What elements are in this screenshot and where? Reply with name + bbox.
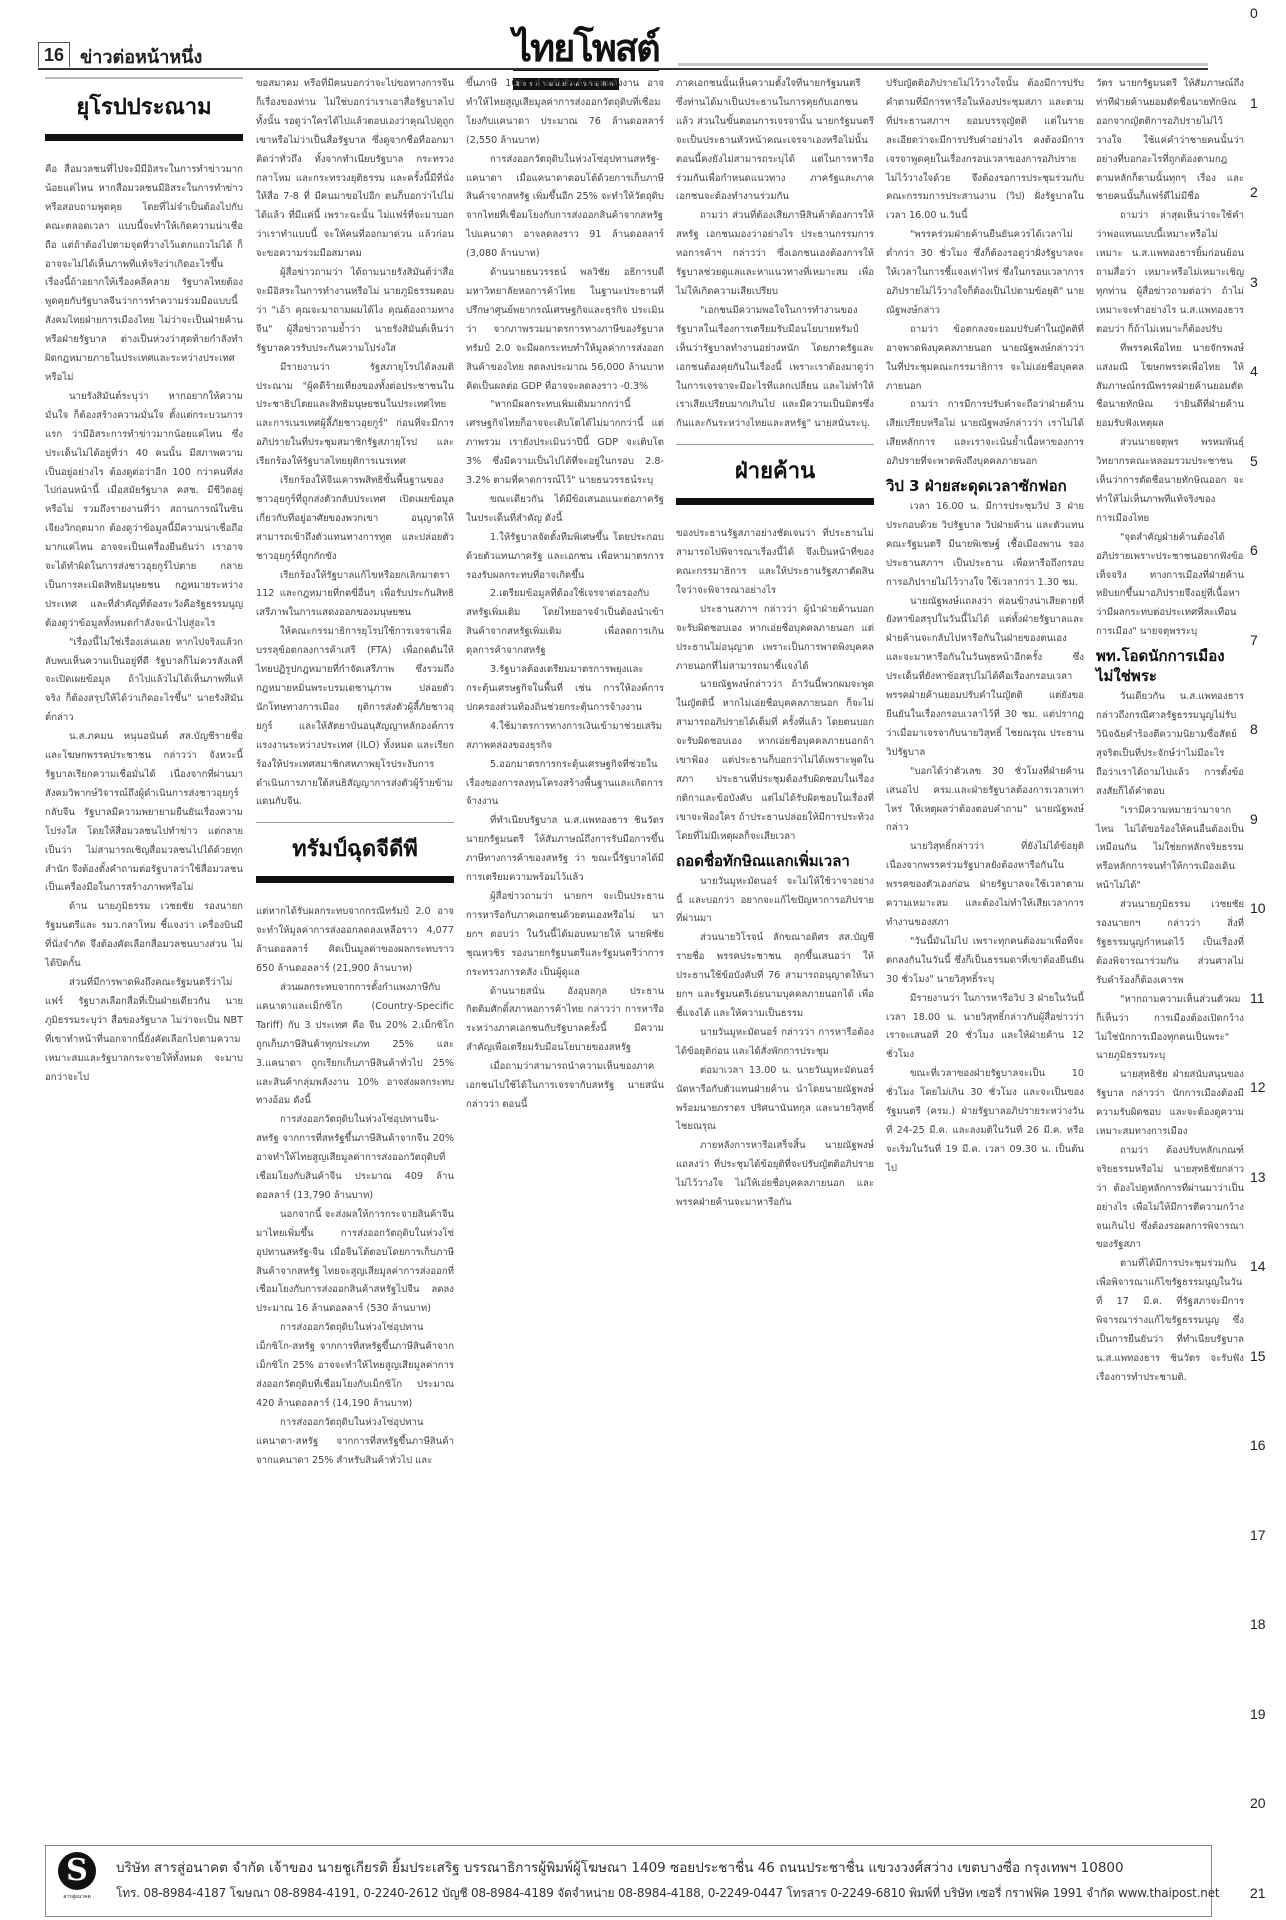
paragraph: 4.ใช้มาตรการทางการเงินเข้ามาช่วยเสริมสภา… xyxy=(466,718,664,756)
article-body: แต่หากได้รับผลกระทบจากกรณีทรัมป์ 2.0 อาจ… xyxy=(256,903,454,1470)
paragraph: ส่วนนายจตุพร พรหมพันธุ์ วิทยากรคณะหลอมรว… xyxy=(1096,434,1244,529)
headline-bar xyxy=(676,498,874,505)
paragraph: นายวันมูหะมัดนอร์ กล่าวว่า การหารือต้องไ… xyxy=(676,1024,874,1062)
paragraph: การส่งออกวัตถุดิบในห่วงโซ่อุปทานแคนาดา-ส… xyxy=(256,1414,454,1471)
subhead-thaksin-name: ถอดชื่อทักษิณแลกเพิ่มเวลา xyxy=(676,851,874,871)
line-number: 4 xyxy=(1250,363,1258,379)
paragraph: วันเดียวกัน น.ส.แพทองธารกล่าวถึงกรณีศาลร… xyxy=(1096,688,1244,801)
paragraph: เรียกร้องให้รัฐบาลแก้ไขหรือยกเลิกมาตรา 1… xyxy=(256,567,454,624)
line-number: 20 xyxy=(1250,1795,1266,1811)
paragraph: "เอกชนมีความพอใจในการทำงานของรัฐบาลในเรื… xyxy=(676,302,874,434)
paragraph: การส่งออกวัตถุดิบในห่วงโซ่อุปทานเม็กซิโก… xyxy=(256,1319,454,1414)
paragraph: ขึ้นภาษี 10% สำหรับสินค้ากลุ่มพลังงาน อา… xyxy=(466,75,664,151)
paragraph: ต่อมาเวลา 13.00 น. นายวันมูหะมัดนอร์ นัด… xyxy=(676,1062,874,1138)
column-4: ภาคเอกชนนั้นเห็นความตั้งใจที่นายกรัฐมนตร… xyxy=(676,75,874,1213)
paragraph: การส่งออกวัตถุดิบในห่วงโซ่อุปทานจีน-สหรั… xyxy=(256,1111,454,1206)
article-body: ภาคเอกชนนั้นเห็นความตั้งใจที่นายกรัฐมนตร… xyxy=(676,75,874,434)
article-body: ขึ้นภาษี 10% สำหรับสินค้ากลุ่มพลังงาน อา… xyxy=(466,75,664,1115)
paragraph: มีรายงานว่า รัฐสภายุโรปได้ลงมติประณาม "ผ… xyxy=(256,359,454,472)
paragraph: นายณัฐพงษ์กล่าวว่า ถ้าวันนี้พวกผมจะพูดใน… xyxy=(676,676,874,846)
paragraph: ขณะที่เวลาของฝ่ายรัฐบาลจะเป็น 10 ชั่วโมง… xyxy=(886,1065,1084,1178)
line-number: 6 xyxy=(1250,542,1258,558)
masthead-title: ไทยโพสต์ xyxy=(513,28,659,71)
paragraph: ตามที่ได้มีการประชุมร่วมกันเพื่อพิจารณาแ… xyxy=(1096,1255,1244,1387)
publisher-contacts: โทร. 08-8984-4187 โฆษณา 08-8984-4191, 0-… xyxy=(116,1884,1219,1903)
line-number: 8 xyxy=(1250,721,1258,737)
paragraph: นายสุทธิชัย ฝ่ายสนับสนุนของรัฐบาล กล่าวว… xyxy=(1096,1066,1244,1142)
headline-box: ทรัมป์ฉุดจีดีพี xyxy=(256,829,454,895)
article-body: ขอสมาคม หรือที่มีคนบอกว่าจะไปขอทางการจีน… xyxy=(256,75,454,812)
publisher-logo: S สารสู่อนาคต xyxy=(56,1852,98,1910)
paragraph: การส่งออกวัตถุดิบในห่วงโซ่อุปทานสหรัฐ-แค… xyxy=(466,151,664,264)
paragraph: ขอสมาคม หรือที่มีคนบอกว่าจะไปขอทางการจีน… xyxy=(256,75,454,264)
paragraph: ด้าน นายภูมิธรรม เวชยชัย รองนายกรัฐมนตรี… xyxy=(45,898,243,974)
headline-europe-condemns: ยุโรปประณาม xyxy=(45,89,243,124)
line-number: 15 xyxy=(1250,1348,1266,1364)
paragraph: ขณะเดียวกัน ได้มีข้อเสนอแนะต่อภาครัฐในปร… xyxy=(466,491,664,529)
paragraph: ถามว่า ข้อตกลงจะยอมปรับคำในญัตติที่อาจพา… xyxy=(886,321,1084,397)
paragraph: ประธานสภาฯ กล่าวว่า ผู้นำฝ่ายค้านบอกจะรั… xyxy=(676,601,874,677)
paragraph: "หากถามความเห็นส่วนตัวผมก็เห็นว่า การเมื… xyxy=(1096,991,1244,1067)
paragraph: ส่วนนายภูมิธรรม เวชยชัย รองนายกฯ กล่าวว่… xyxy=(1096,896,1244,991)
headline-bar xyxy=(256,876,454,883)
paragraph: ผู้สื่อข่าวถามว่า ได้ถามนายรังสิมันต์ว่า… xyxy=(256,264,454,359)
headline-opposition: ฝ่ายค้าน xyxy=(676,453,874,488)
paragraph: เรียกร้องให้จีนเคารพสิทธิขั้นพื้นฐานของช… xyxy=(256,472,454,567)
column-5: ปรับญัตติอภิปรายไม่ไว้วางใจนั้น ต้องมีกา… xyxy=(886,75,1084,1179)
paragraph: "จุดสำคัญฝ่ายค้านต้องได้อภิปรายเพราะประช… xyxy=(1096,529,1244,642)
line-number: 9 xyxy=(1250,811,1258,827)
line-number: 2 xyxy=(1250,184,1258,200)
paragraph: ให้คณะกรรมาธิการยุโรปใช้การเจรจาเพื่อบรร… xyxy=(256,623,454,812)
divider xyxy=(256,822,454,823)
paragraph: ส่วนที่มีการพาดพิงถึงคณะรัฐมนตรีว่าไม่แฟ… xyxy=(45,974,243,1087)
paragraph: ภายหลังการหารือเสร็จสิ้น นายณัฐพงษ์แถลงว… xyxy=(676,1137,874,1213)
line-number: 11 xyxy=(1250,990,1265,1006)
headline-trump-gdp: ทรัมป์ฉุดจีดีพี xyxy=(256,831,454,866)
line-number: 17 xyxy=(1250,1527,1266,1543)
subhead-whip-meeting: วิป 3 ฝ่ายสะดุดเวลาซักฟอก xyxy=(886,476,1084,496)
paragraph: "หากมีผลกระทบเพิ่มเติมมากกว่านี้ เศรษฐกิ… xyxy=(466,396,664,491)
paragraph: 3.รัฐบาลต้องเตรียมมาตรการพยุงและกระตุ้นเ… xyxy=(466,661,664,718)
paragraph: "วันนี้มันไม่ไป เพราะทุกคนต้องมาเพื่อที่… xyxy=(886,933,1084,990)
publisher-footer: S สารสู่อนาคต บริษัท สารสู่อนาคต จำกัด เ… xyxy=(45,1845,1212,1917)
line-number: 14 xyxy=(1250,1258,1266,1274)
header-rule-light xyxy=(678,63,1208,66)
paragraph: เวลา 16.00 น. มีการประชุมวิป 3 ฝ่าย ประก… xyxy=(886,498,1084,593)
line-number: 19 xyxy=(1250,1706,1266,1722)
paragraph: ถามว่า การมีการปรับคำจะถือว่าฝ่ายค้านเสี… xyxy=(886,396,1084,472)
line-number: 21 xyxy=(1250,1885,1266,1901)
column-1: ยุโรปประณาม คือ สื่อมวลชนที่ไปจะมีมีอิสร… xyxy=(45,75,243,1087)
divider xyxy=(676,444,874,445)
paragraph: ด้านนายธนวรรธน์ พลวิชัย อธิการบดีมหาวิทย… xyxy=(466,264,664,396)
paragraph: นายรังสิมันต์ระบุว่า หากอยากให้ความมั่นใ… xyxy=(45,388,243,634)
paragraph: น.ส.ภคมน หนุนอนันต์ สส.บัญชีรายชื่อและโฆ… xyxy=(45,728,243,898)
paragraph: ที่ทำเนียบรัฐบาล น.ส.แพทองธาร ชินวัตร นา… xyxy=(466,812,664,888)
article-body: วันเดียวกัน น.ส.แพทองธารกล่าวถึงกรณีศาลร… xyxy=(1096,688,1244,1388)
page-header: 16 ข่าวต่อหน้าหนึ่ง ไทยโพสต์ อิสรภาพแห่ง… xyxy=(38,20,1208,70)
article-body: วัตร นายกรัฐมนตรี ให้สัมภาษณ์ถึงท่าทีฝ่า… xyxy=(1096,75,1244,642)
paragraph: นายวิสุทธิ์กล่าวว่า ที่ยังไม่ได้ข้อยุติเ… xyxy=(886,838,1084,933)
paragraph: ด้านนายสนั่น อังอุบลกุล ประธานกิตติมศักด… xyxy=(466,983,664,1059)
line-number: 16 xyxy=(1250,1437,1266,1453)
paragraph: นายวันมูหะมัดนอร์ จะไม่ให้ใช้วาจาอย่างนี… xyxy=(676,873,874,930)
line-number: 1 xyxy=(1250,95,1258,111)
paragraph: นายณัฐพงษ์แถลงว่า ค่อนข้างน่าเสียดายที่ย… xyxy=(886,593,1084,763)
section-label: ข่าวต่อหน้าหนึ่ง xyxy=(80,42,202,71)
paragraph: วัตร นายกรัฐมนตรี ให้สัมภาษณ์ถึงท่าทีฝ่า… xyxy=(1096,75,1244,207)
headline-bar xyxy=(45,134,243,141)
column-2: ขอสมาคม หรือที่มีคนบอกว่าจะไปขอทางการจีน… xyxy=(256,75,454,1471)
paragraph: ปรับญัตติอภิปรายไม่ไว้วางใจนั้น ต้องมีกา… xyxy=(886,75,1084,226)
line-number: 13 xyxy=(1250,1169,1266,1185)
paragraph: 2.เตรียมข้อมูลที่ต้องใช้เจรจาต่อรองกับสห… xyxy=(466,585,664,661)
paragraph: เมื่อถามว่าสามารถนำความเห็นของภาคเอกชนไป… xyxy=(466,1058,664,1115)
column-6: วัตร นายกรัฐมนตรี ให้สัมภาษณ์ถึงท่าทีฝ่า… xyxy=(1096,75,1244,1388)
paragraph: ส่วนนายวิโรจน์ ลักขณาอดิศร สส.บัญชีรายชื… xyxy=(676,929,874,1024)
paragraph: ถามว่า ต้องปรับหลักเกณฑ์จริยธรรมหรือไม่ … xyxy=(1096,1142,1244,1255)
publisher-address: บริษัท สารสู่อนาคต จำกัด เจ้าของ นายชูเก… xyxy=(116,1856,1124,1878)
page-number: 16 xyxy=(38,42,70,67)
paragraph: นอกจากนี้ จะส่งผลให้การกระจายสินค้าจีนมา… xyxy=(256,1206,454,1319)
line-number: 7 xyxy=(1250,632,1258,648)
subhead-pheu-thai: พท.โอดนักการเมืองไม่ใช่พระ xyxy=(1096,646,1244,686)
line-number: 3 xyxy=(1250,274,1258,290)
paragraph: ผู้สื่อข่าวถามว่า นายกฯ จะเป็นประธานการห… xyxy=(466,888,664,983)
paragraph: ถามว่า ล่าสุดเห็นว่าจะใช้คำว่าพ่อแทนแบบน… xyxy=(1096,207,1244,339)
paragraph: "พรรคร่วมฝ่ายค้านยืนยันควรได้เวลาไม่ต่ำก… xyxy=(886,226,1084,321)
headline-box: ยุโรปประณาม xyxy=(45,77,243,153)
logo-caption: สารสู่อนาคต xyxy=(56,1893,98,1901)
publisher-logo-icon: S xyxy=(58,1852,96,1890)
line-number: 5 xyxy=(1250,453,1258,469)
paragraph: ที่พรรคเพื่อไทย นายจักรพงษ์ แสงมณี โฆษกพ… xyxy=(1096,340,1244,435)
paragraph: 5.ออกมาตรการกระตุ้นเศรษฐกิจที่ช่วยในเรื่… xyxy=(466,756,664,813)
article-body: ของประธานรัฐสภาอย่างชัดเจนว่า ที่ประธานไ… xyxy=(676,525,874,846)
headline-box: ฝ่ายค้าน xyxy=(676,451,874,517)
paragraph: ถามว่า ส่วนที่ต้องเสียภาษีสินค้าต้องการใ… xyxy=(676,207,874,302)
paragraph: "เรื่องนี้ไม่ใช่เรื่องเล่นเลย หากไปจริงแ… xyxy=(45,634,243,729)
article-body: คือ สื่อมวลชนที่ไปจะมีมีอิสระในการทำข่าว… xyxy=(45,161,243,1087)
paragraph: 1.ให้รัฐบาลจัดตั้งทีมพิเศษขึ้น โดยประกอบ… xyxy=(466,529,664,586)
paragraph: "เรามีความหมายว่ามาจากไหน ไม่ได้ขอร้องให… xyxy=(1096,802,1244,897)
article-body: เวลา 16.00 น. มีการประชุมวิป 3 ฝ่าย ประก… xyxy=(886,498,1084,1179)
header-rule xyxy=(38,68,1208,70)
article-body: นายวันมูหะมัดนอร์ จะไม่ให้ใช้วาจาอย่างนี… xyxy=(676,873,874,1213)
paragraph: "บอกได้ว่าตัวเลข 30 ชั่วโมงที่ฝ่ายค้านเส… xyxy=(886,763,1084,839)
article-body: ปรับญัตติอภิปรายไม่ไว้วางใจนั้น ต้องมีกา… xyxy=(886,75,1084,472)
line-number: 10 xyxy=(1250,900,1266,916)
line-number: 0 xyxy=(1250,5,1258,21)
paragraph: ของประธานรัฐสภาอย่างชัดเจนว่า ที่ประธานไ… xyxy=(676,525,874,601)
line-number: 18 xyxy=(1250,1616,1266,1632)
line-number: 12 xyxy=(1250,1079,1266,1095)
paragraph: คือ สื่อมวลชนที่ไปจะมีมีอิสระในการทำข่าว… xyxy=(45,161,243,388)
paragraph: มีรายงานว่า ในการหารือวิป 3 ฝ่ายในวันนี้… xyxy=(886,990,1084,1066)
paragraph: แต่หากได้รับผลกระทบจากกรณีทรัมป์ 2.0 อาจ… xyxy=(256,903,454,979)
paragraph: ส่วนผลกระทบจากการตั้งกำแพงภาษีกับแคนาดาแ… xyxy=(256,979,454,1111)
column-3: ขึ้นภาษี 10% สำหรับสินค้ากลุ่มพลังงาน อา… xyxy=(466,75,664,1115)
paragraph: ภาคเอกชนนั้นเห็นความตั้งใจที่นายกรัฐมนตร… xyxy=(676,75,874,207)
